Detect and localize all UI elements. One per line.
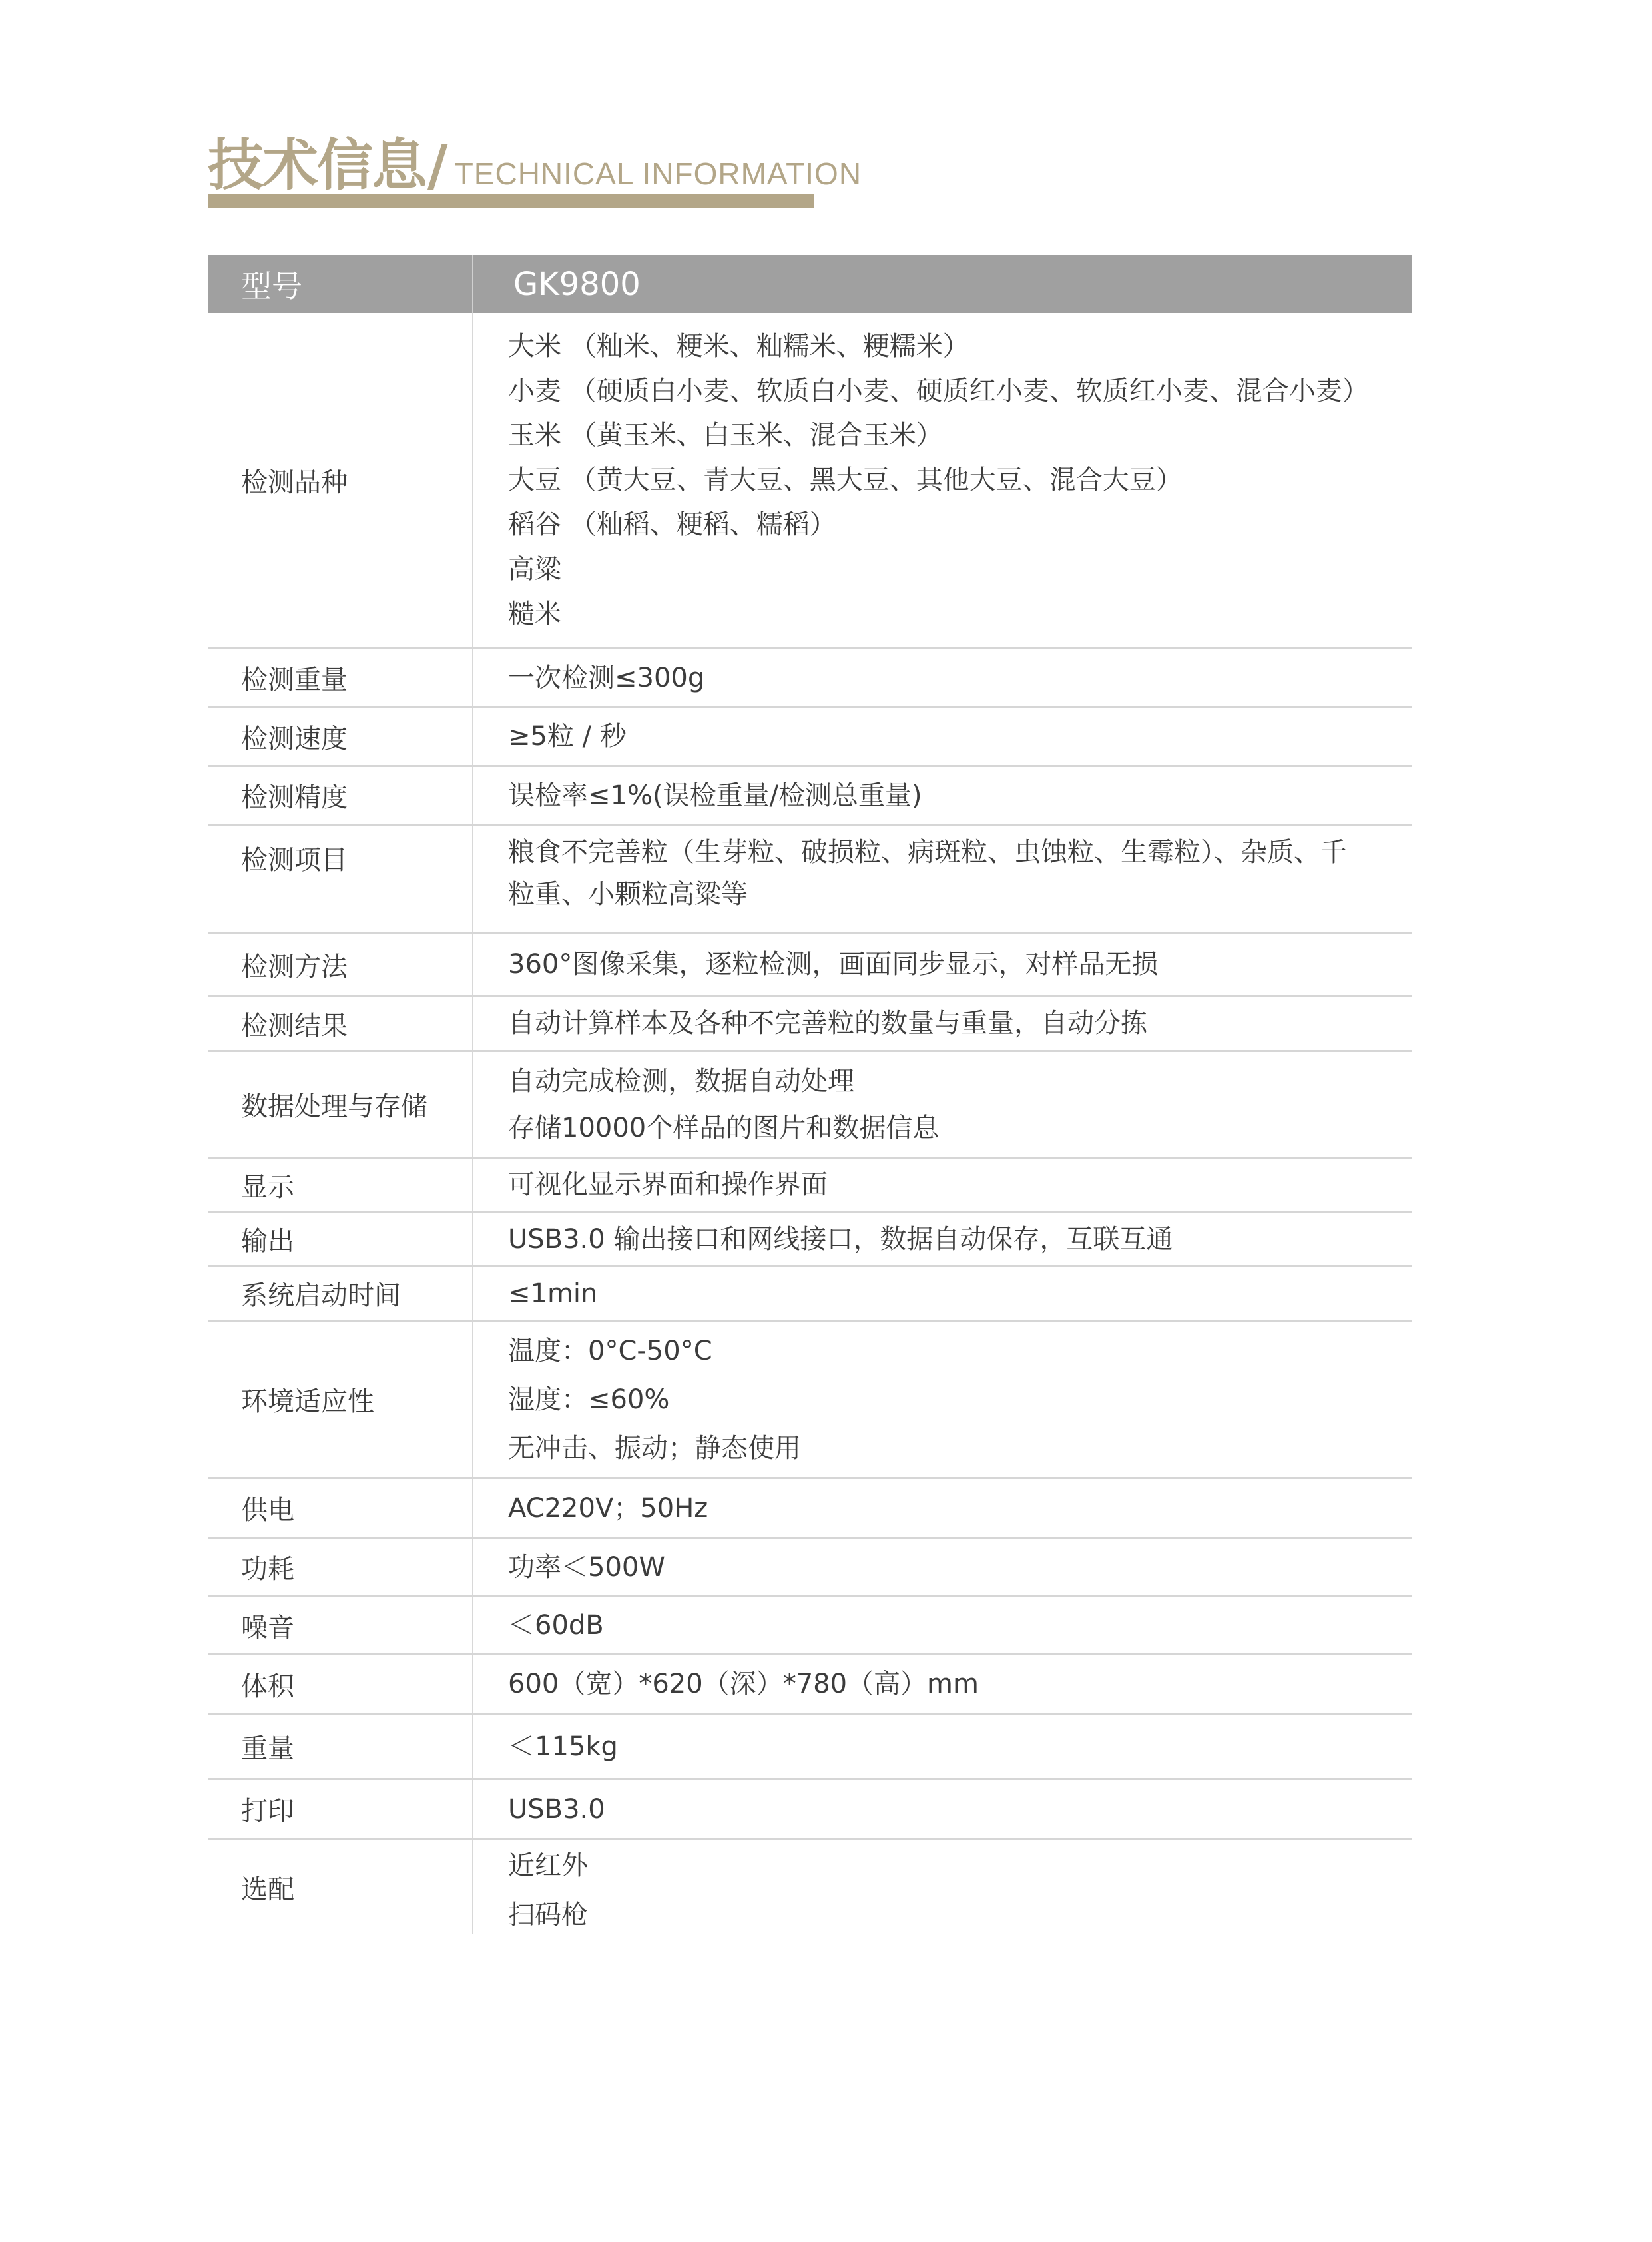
row-label: 系统启动时间 [208, 1267, 473, 1320]
value-line: 600（宽）*620（深）*780（高）mm [508, 1671, 1405, 1697]
value-line: ≤1min [508, 1280, 1405, 1307]
row-value: 粮食不完善粒（生芽粒、破损粒、病斑粒、虫蚀粒、生霉粒）、杂质、千 粒重、小颗粒高… [473, 826, 1412, 932]
value-line: 一次检测≤300g [508, 665, 1405, 691]
row-label: 输出 [208, 1213, 473, 1265]
row-label: 噪音 [208, 1597, 473, 1653]
row-value: 自动计算样本及各种不完善粒的数量与重量，自动分拣 [473, 997, 1412, 1050]
row-label: 检测结果 [208, 997, 473, 1050]
row-value: AC220V；50Hz [473, 1479, 1412, 1537]
table-row: 打印 USB3.0 [208, 1780, 1412, 1840]
row-value: 自动完成检测，数据自动处理 存储10000个样品的图片和数据信息 [473, 1052, 1412, 1157]
row-label: 检测方法 [208, 934, 473, 995]
header-value: GK9800 [473, 255, 1412, 313]
value-line: 稻谷 （籼稻、粳稻、糯稻） [508, 511, 1405, 538]
row-label: 检测品种 [208, 313, 473, 647]
row-value: 可视化显示界面和操作界面 [473, 1159, 1412, 1211]
title-english: TECHNICAL INFORMATION [455, 158, 862, 189]
row-label: 环境适应性 [208, 1322, 473, 1477]
value-line: 360°图像采集，逐粒检测，画面同步显示，对样品无损 [508, 951, 1405, 978]
title-chinese: 技术信息 [208, 137, 426, 193]
table-row: 数据处理与存储 自动完成检测，数据自动处理 存储10000个样品的图片和数据信息 [208, 1052, 1412, 1159]
value-line: 无冲击、振动；静态使用 [508, 1435, 1405, 1462]
table-row: 环境适应性 温度：0°C-50°C 湿度：≤60% 无冲击、振动；静态使用 [208, 1322, 1412, 1479]
table-row: 选配 近红外 扫码枪 [208, 1840, 1412, 1934]
table-row: 供电 AC220V；50Hz [208, 1479, 1412, 1539]
row-label: 供电 [208, 1479, 473, 1537]
row-label: 检测项目 [208, 826, 473, 932]
row-value: 误检率≤1%(误检重量/检测总重量) [473, 767, 1412, 824]
row-value: 360°图像采集，逐粒检测，画面同步显示，对样品无损 [473, 934, 1412, 995]
title-underline-bar [208, 194, 814, 208]
table-row: 体积 600（宽）*620（深）*780（高）mm [208, 1655, 1412, 1715]
value-line: USB3.0 输出接口和网线接口，数据自动保存，互联互通 [508, 1226, 1405, 1253]
row-value: ＜60dB [473, 1597, 1412, 1653]
value-line: USB3.0 [508, 1796, 1405, 1822]
value-line: ＜115kg [508, 1733, 1405, 1760]
value-line: 扫码枪 [508, 1902, 1405, 1928]
value-line: 误检率≤1%(误检重量/检测总重量) [508, 782, 1405, 809]
spec-table: 型号 GK9800 检测品种 大米 （籼米、粳米、籼糯米、粳糯米） 小麦 （硬质… [208, 255, 1412, 1934]
row-label: 数据处理与存储 [208, 1052, 473, 1157]
value-line: 糙米 [508, 601, 1405, 627]
row-label: 打印 [208, 1780, 473, 1838]
value-line: 小麦 （硬质白小麦、软质白小麦、硬质红小麦、软质红小麦、混合小麦） [508, 378, 1405, 404]
row-value: 一次检测≤300g [473, 649, 1412, 706]
table-row: 功耗 功率＜500W [208, 1539, 1412, 1597]
section-title: 技术信息 / TECHNICAL INFORMATION [208, 120, 862, 193]
row-value: ≤1min [473, 1267, 1412, 1320]
row-label: 选配 [208, 1840, 473, 1934]
row-value: 近红外 扫码枪 [473, 1840, 1412, 1934]
row-label: 检测重量 [208, 649, 473, 706]
table-row: 检测速度 ≥5粒 / 秒 [208, 708, 1412, 767]
row-value: ≥5粒 / 秒 [473, 708, 1412, 765]
row-value: 大米 （籼米、粳米、籼糯米、粳糯米） 小麦 （硬质白小麦、软质白小麦、硬质红小麦… [473, 313, 1412, 647]
row-label: 重量 [208, 1715, 473, 1778]
row-label: 显示 [208, 1159, 473, 1211]
row-value: USB3.0 [473, 1780, 1412, 1838]
value-line: 自动计算样本及各种不完善粒的数量与重量，自动分拣 [508, 1010, 1405, 1037]
table-row: 显示 可视化显示界面和操作界面 [208, 1159, 1412, 1213]
value-line: 近红外 [508, 1852, 1405, 1879]
row-label: 体积 [208, 1655, 473, 1713]
table-row: 噪音 ＜60dB [208, 1597, 1412, 1655]
table-row: 系统启动时间 ≤1min [208, 1267, 1412, 1322]
value-line: 温度：0°C-50°C [508, 1338, 1405, 1364]
row-label: 检测精度 [208, 767, 473, 824]
row-value: 温度：0°C-50°C 湿度：≤60% 无冲击、振动；静态使用 [473, 1322, 1412, 1477]
title-slash: / [427, 137, 448, 193]
table-row: 检测精度 误检率≤1%(误检重量/检测总重量) [208, 767, 1412, 826]
value-line: 玉米 （黄玉米、白玉米、混合玉米） [508, 422, 1405, 449]
table-row: 检测重量 一次检测≤300g [208, 649, 1412, 708]
row-value: 600（宽）*620（深）*780（高）mm [473, 1655, 1412, 1713]
header-label: 型号 [208, 255, 473, 313]
row-value: USB3.0 输出接口和网线接口，数据自动保存，互联互通 [473, 1213, 1412, 1265]
value-line: 大米 （籼米、粳米、籼糯米、粳糯米） [508, 333, 1405, 360]
value-line: 可视化显示界面和操作界面 [508, 1171, 1405, 1198]
row-value: ＜115kg [473, 1715, 1412, 1778]
value-line: 自动完成检测，数据自动处理 [508, 1068, 1405, 1095]
value-line: 湿度：≤60% [508, 1386, 1405, 1413]
table-row: 检测方法 360°图像采集，逐粒检测，画面同步显示，对样品无损 [208, 934, 1412, 997]
value-line: 粮食不完善粒（生芽粒、破损粒、病斑粒、虫蚀粒、生霉粒）、杂质、千 [508, 839, 1405, 866]
row-value: 功率＜500W [473, 1539, 1412, 1595]
value-line: 存储10000个样品的图片和数据信息 [508, 1115, 1405, 1141]
value-line: ≥5粒 / 秒 [508, 723, 1405, 750]
row-label: 检测速度 [208, 708, 473, 765]
value-line: 粒重、小颗粒高粱等 [508, 881, 1405, 908]
row-label: 功耗 [208, 1539, 473, 1595]
value-line: 大豆 （黄大豆、青大豆、黑大豆、其他大豆、混合大豆） [508, 467, 1405, 493]
value-line: 功率＜500W [508, 1554, 1405, 1581]
value-line: AC220V；50Hz [508, 1495, 1405, 1522]
table-row: 输出 USB3.0 输出接口和网线接口，数据自动保存，互联互通 [208, 1213, 1412, 1267]
value-line: ＜60dB [508, 1612, 1405, 1639]
value-line: 高粱 [508, 556, 1405, 583]
table-header-row: 型号 GK9800 [208, 255, 1412, 313]
table-row: 检测结果 自动计算样本及各种不完善粒的数量与重量，自动分拣 [208, 997, 1412, 1052]
table-row: 检测品种 大米 （籼米、粳米、籼糯米、粳糯米） 小麦 （硬质白小麦、软质白小麦、… [208, 313, 1412, 649]
table-row: 重量 ＜115kg [208, 1715, 1412, 1780]
table-row: 检测项目 粮食不完善粒（生芽粒、破损粒、病斑粒、虫蚀粒、生霉粒）、杂质、千 粒重… [208, 826, 1412, 934]
